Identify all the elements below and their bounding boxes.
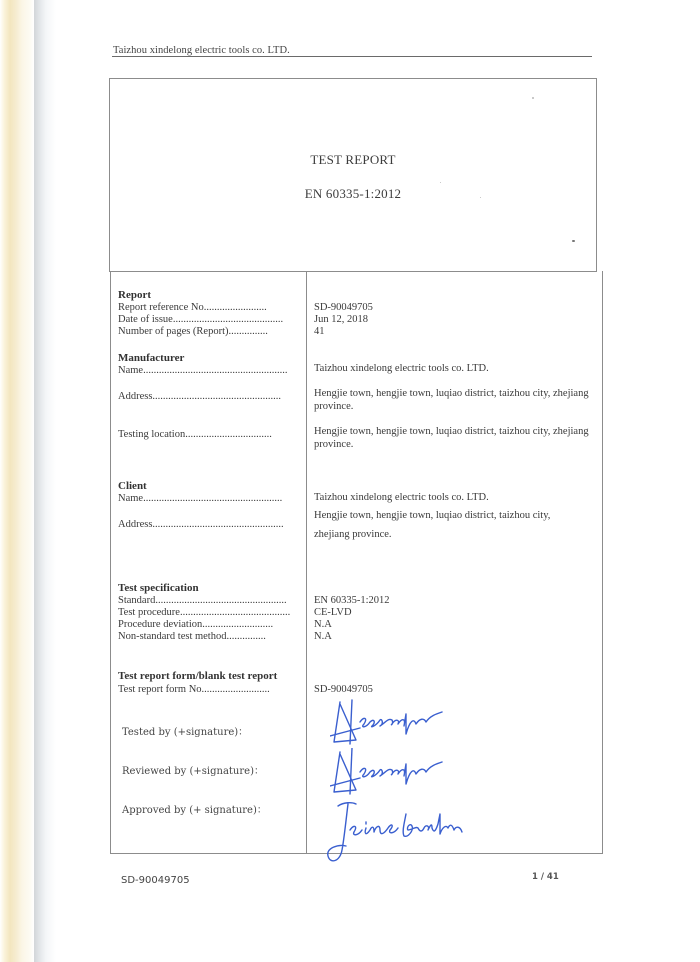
tested-by-signature xyxy=(330,698,460,750)
footer-page-number: 1 / 41 xyxy=(532,872,559,882)
section-test-specification: Test specification xyxy=(118,582,199,594)
report-title: TEST REPORT xyxy=(110,152,596,168)
procedure-deviation-value: N.A xyxy=(314,619,332,631)
section-client: Client xyxy=(118,480,147,492)
report-reference-label: Report reference No.....................… xyxy=(118,302,267,314)
tested-by-label: Tested by (+signature)： xyxy=(122,723,248,738)
section-test-report-form: Test report form/blank test report xyxy=(118,670,277,682)
approved-by-label: Approved by (+ signature)： xyxy=(122,801,267,816)
footer-reference: SD-90049705 xyxy=(121,875,190,886)
reviewed-by-signature xyxy=(330,748,460,800)
scan-speck xyxy=(480,197,481,198)
client-address-label: Address.................................… xyxy=(118,519,284,531)
title-box: TEST REPORT EN 60335-1:2012 xyxy=(109,78,597,272)
client-address-line2: zhejiang province. xyxy=(314,529,392,541)
manufacturer-address-label: Address.................................… xyxy=(118,391,281,403)
non-standard-method-label: Non-standard test method............... xyxy=(118,631,266,643)
report-standard: EN 60335-1:2012 xyxy=(110,186,596,202)
number-of-pages-label: Number of pages (Report)............... xyxy=(118,326,268,338)
procedure-deviation-label: Procedure deviation.....................… xyxy=(118,619,273,631)
column-divider xyxy=(306,271,307,853)
manufacturer-name-value: Taizhou xindelong electric tools co. LTD… xyxy=(314,363,489,375)
section-manufacturer: Manufacturer xyxy=(118,352,184,364)
test-procedure-label: Test procedure..........................… xyxy=(118,607,290,619)
client-name-value: Taizhou xindelong electric tools co. LTD… xyxy=(314,492,489,504)
scanned-paper-edge xyxy=(0,0,34,962)
standard-label: Standard................................… xyxy=(118,595,287,607)
report-reference-value: SD-90049705 xyxy=(314,302,373,314)
client-address-line1: Hengjie town, hengjie town, luqiao distr… xyxy=(314,510,550,522)
approved-by-signature xyxy=(322,800,472,866)
section-report: Report xyxy=(118,289,151,301)
manufacturer-name-label: Name....................................… xyxy=(118,365,287,377)
test-procedure-value: CE-LVD xyxy=(314,607,352,619)
date-of-issue-value: Jun 12, 2018 xyxy=(314,314,368,326)
company-header: Taizhou xindelong electric tools co. LTD… xyxy=(113,45,290,56)
reviewed-by-label: Reviewed by (+signature)： xyxy=(122,762,264,777)
testing-location-label: Testing location........................… xyxy=(118,429,272,441)
scan-shadow xyxy=(34,0,56,962)
standard-value: EN 60335-1:2012 xyxy=(314,595,390,607)
manufacturer-address-value: Hengjie town, hengjie town, luqiao distr… xyxy=(314,388,589,413)
scan-speck xyxy=(532,97,534,99)
header-rule xyxy=(112,56,592,57)
number-of-pages-value: 41 xyxy=(314,326,325,338)
date-of-issue-label: Date of issue...........................… xyxy=(118,314,283,326)
test-report-form-no-label: Test report form No.....................… xyxy=(118,684,270,696)
test-report-form-no-value: SD-90049705 xyxy=(314,684,373,696)
client-name-label: Name....................................… xyxy=(118,493,282,505)
scan-speck xyxy=(440,182,441,183)
testing-location-value: Hengjie town, hengjie town, luqiao distr… xyxy=(314,426,589,451)
non-standard-method-value: N.A xyxy=(314,631,332,643)
scan-speck xyxy=(572,240,575,242)
